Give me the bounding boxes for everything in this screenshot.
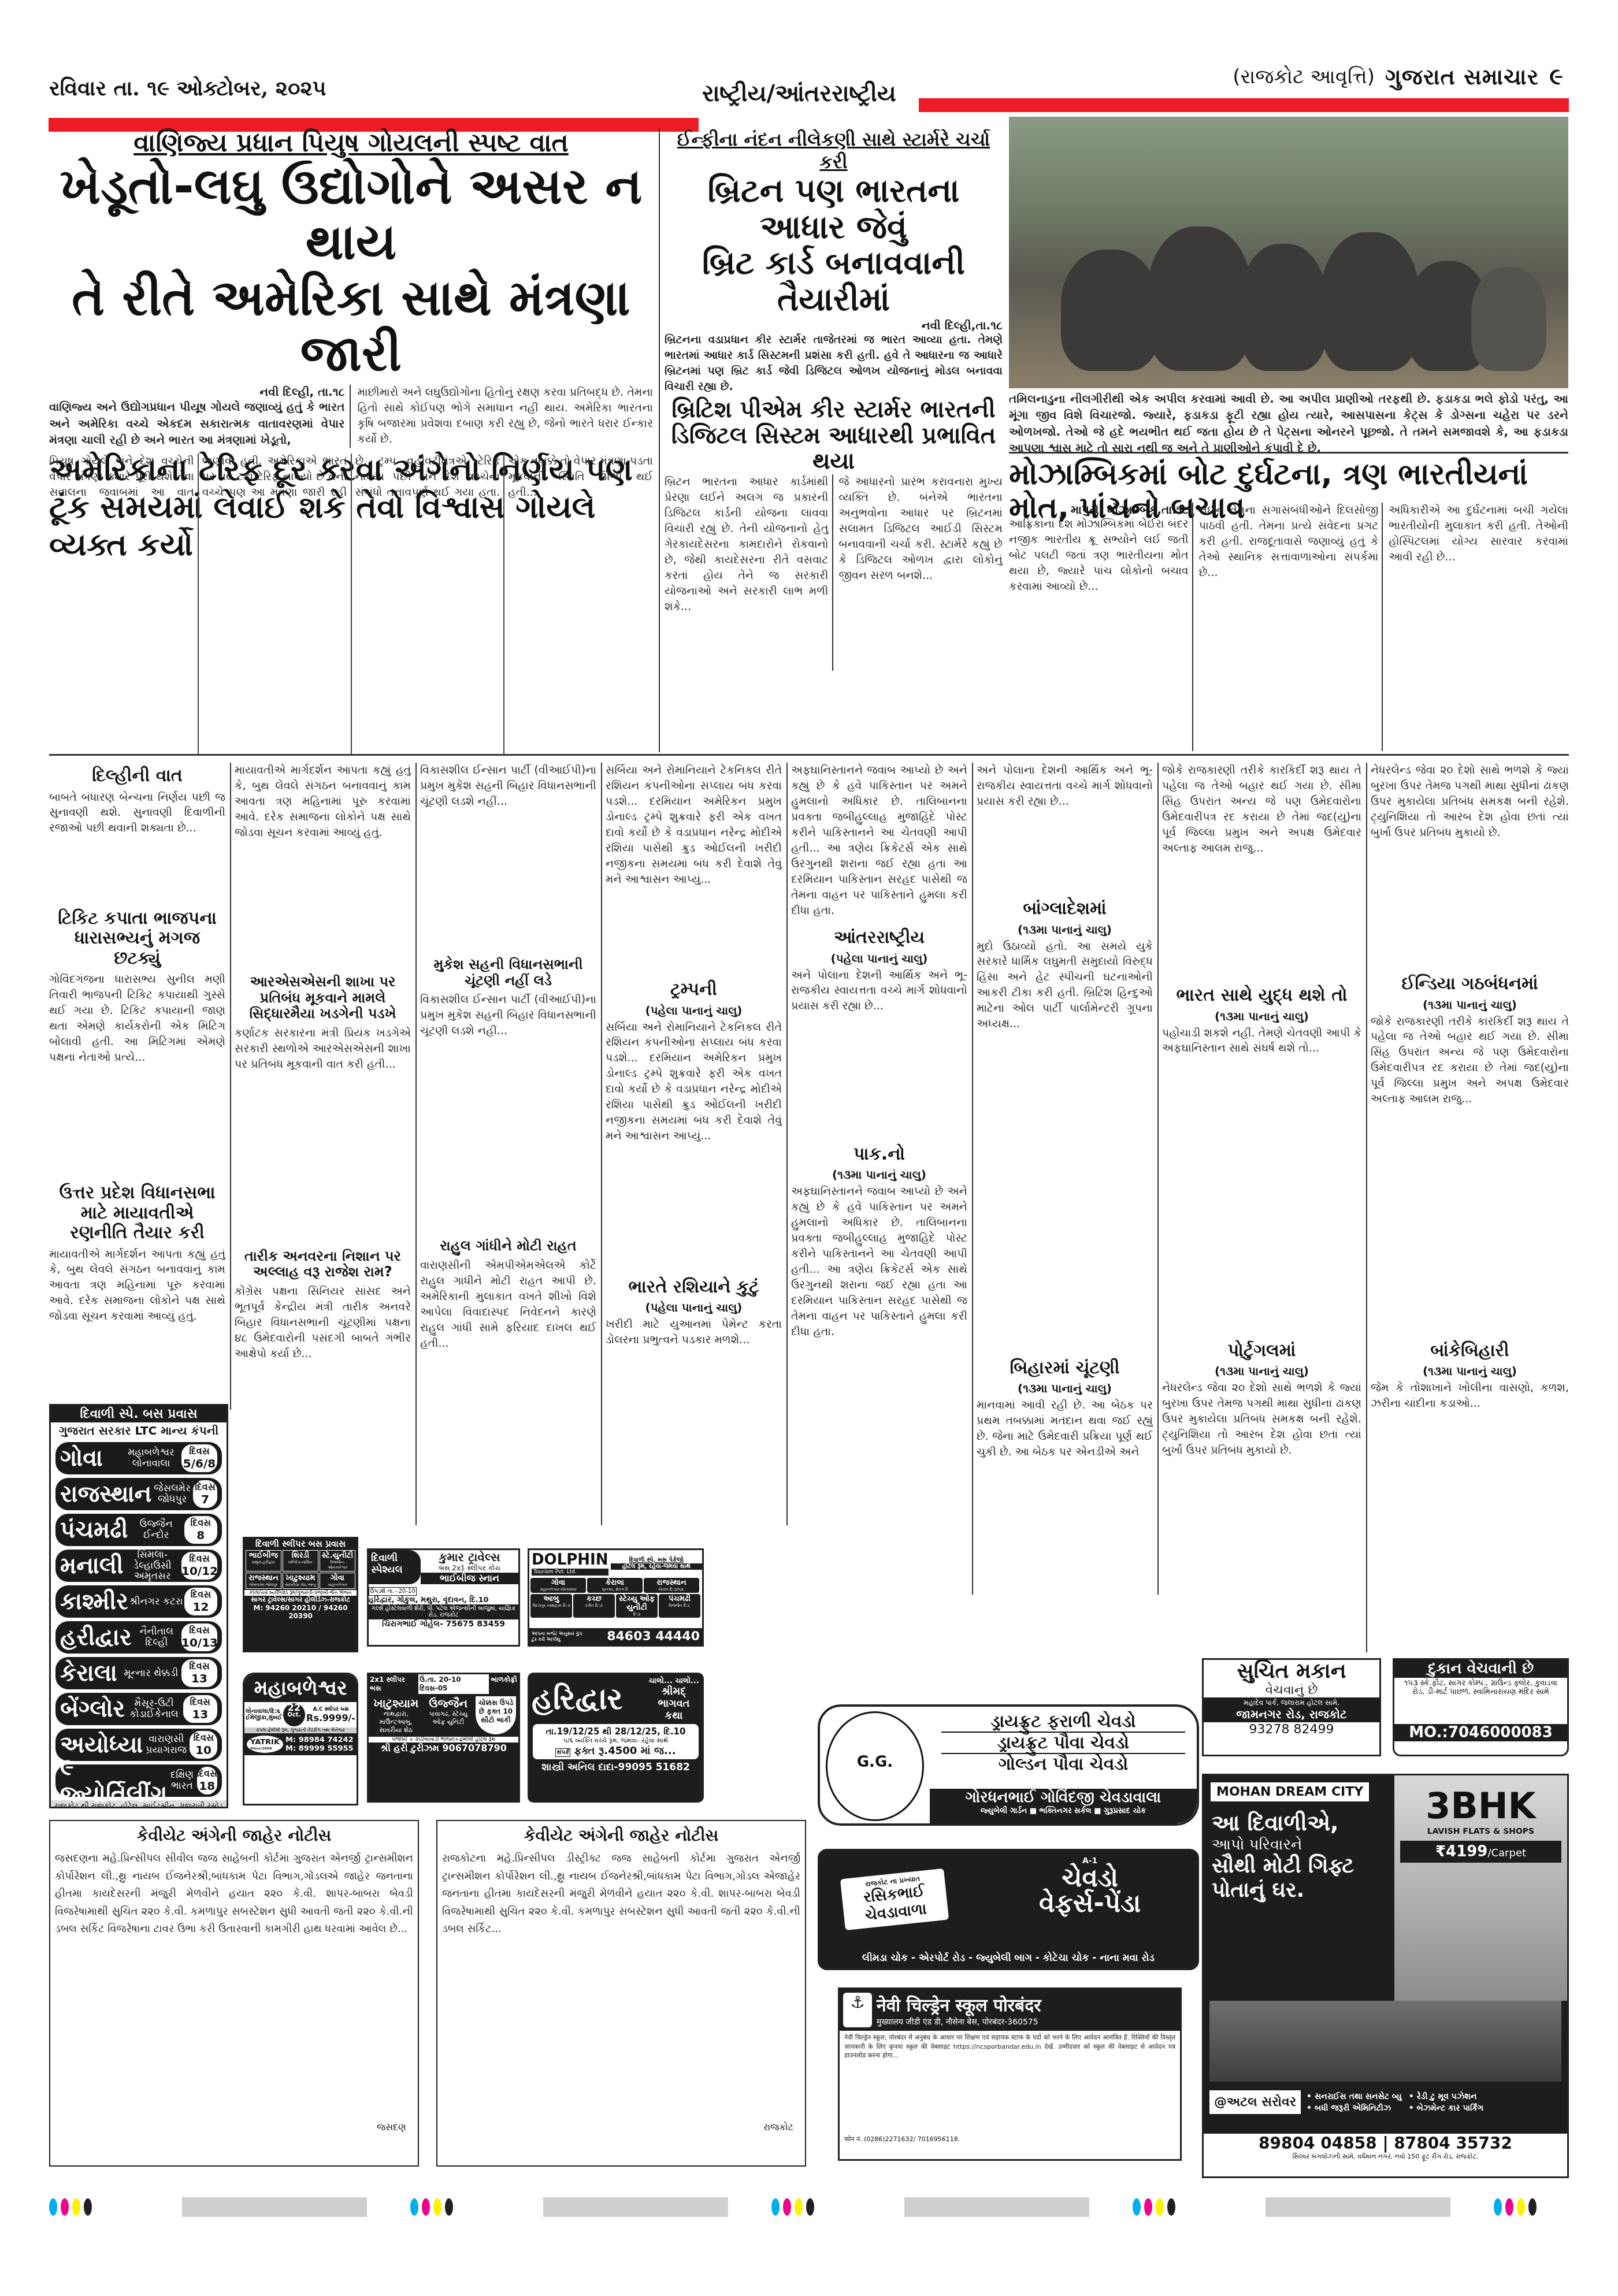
tour-row: ૯ જ્યોર્તિલીંગદક્ષિણ ભારતદિવસ18 bbox=[55, 1764, 222, 1797]
notice-body: नेवी चिल्ड्रेन स्कूल, पोरबंदर में अनुबंध… bbox=[840, 2031, 1180, 2135]
ad-title: દિવાળી સ્લીપર બસ પ્રવાસ bbox=[244, 1539, 357, 1549]
tour-tile: શિરડીશનિદેવ-નાસિક bbox=[283, 1550, 318, 1571]
ad-title: દુકાન વેચવાની છે bbox=[1394, 1660, 1567, 1678]
tour-list: ગોવામહાબળેશ્વર લોનાવાલાદિવસ5/6/8રાજસ્થાન… bbox=[51, 1442, 227, 1797]
tour-row: બેંગ્લોરમૈસૂર-ઉટી કોડાઈકેનાલદિવસ13 bbox=[55, 1693, 222, 1725]
registration-mark bbox=[49, 2198, 92, 2216]
uk-kicker: ઈન્ફીના નંદન નીલેકણી સાથે સ્ટાર્મરે ચર્ચ… bbox=[665, 128, 1003, 173]
ad-note: આપના બજેટ અનુસાર ગ્રુપ ટુર કરી આપીશું bbox=[532, 1631, 584, 1643]
contact-label: સંપર્ક bbox=[555, 1748, 570, 1757]
divider bbox=[49, 754, 1569, 756]
feature-item: • બેઝમેન્ટ કાર પાર્કિંગ bbox=[1409, 2104, 1504, 2113]
tour-row: કાશ્મીરશ્રીનગર કટરાદિવસ12 bbox=[55, 1585, 222, 1618]
caveat-notice-1: કેવીયેટ અંગેની જાહેર નોટીસ જસદણના મહે.પ્… bbox=[49, 1820, 419, 2167]
section-heading: બિહારમાં ચૂંટણી bbox=[977, 1358, 1153, 1379]
column-2: માયાવતીએ માર્ગદર્શન આપતા કહ્યું હતું કે,… bbox=[235, 763, 411, 1525]
anchor-icon: ⚓ bbox=[843, 1993, 872, 2027]
notice-body: જસદણના મહે.પ્રિન્સીપલ સીવીલ જજ સાહેબની ક… bbox=[50, 1850, 418, 2122]
product: ડ્રાયફ્રુટ પૌવા ચેવડો bbox=[941, 1733, 1185, 1754]
uk-subhead-1: બ્રિટિશ પીએમ કીર સ્ટાર્મર ભારતની bbox=[665, 397, 1003, 423]
section-heading: બાંકેબિહારી bbox=[1371, 1341, 1569, 1361]
section-body: અફઘાનિસ્તાનને જવાબ આપ્યો છે અને કહ્યું છ… bbox=[791, 1184, 967, 1340]
tour-days: દિવસ13 bbox=[183, 1695, 217, 1723]
column-divider bbox=[972, 763, 973, 1595]
tour-tile: ગોવામહાબળેશ્વર bbox=[320, 1573, 355, 1589]
dolphin-logo: DOLPHIN bbox=[532, 1551, 608, 1569]
departure-date: ઉપડશે તા.- 20-10 bbox=[369, 1587, 417, 1596]
tour-row: કેરાલામૂન્નાર થેક્કડીદિવસ13 bbox=[55, 1657, 222, 1689]
tour-tile: પંચમઢીઉજ્જૈન દિ:૮ bbox=[659, 1594, 700, 1618]
caveat-notice-2: કેવીયેટ અંગેની જાહેર નોટીસ રાજકોટના મહે.… bbox=[436, 1820, 806, 2167]
phone-number: 93278 82499 bbox=[1204, 1722, 1379, 1737]
building-photo bbox=[1209, 2001, 1561, 2082]
uk-intro: બ્રિટનના વડાપ્રધાન કીર સ્ટાર્મર તાજેતરમા… bbox=[665, 332, 1003, 395]
bus-type: 2x1 સ્લીપર બસ bbox=[369, 1674, 417, 1694]
school-name: नेवी चिल्ड्रेन स्कूल पोरबंदर bbox=[877, 1993, 1041, 2016]
ad-title: દિવાળી સ્પે. બસ પ્રવાસ bbox=[51, 1406, 227, 1422]
section-body: કોંગ્રેસ પક્ષના સિનિયર સાંસદ અને ભૂતપૂર્… bbox=[235, 1284, 411, 1362]
elephants-photo bbox=[1009, 117, 1568, 388]
headline: સૌથી મોટી ગિફ્ટ bbox=[1212, 1854, 1391, 1878]
column-divider bbox=[659, 128, 660, 752]
continued-label: (પહેલા પાનાનું ચાલુ) bbox=[791, 952, 967, 965]
tour-destination: કાશ્મીર bbox=[60, 1588, 128, 1615]
tour-via: શ્રીનગર કટરા bbox=[128, 1596, 184, 1607]
address: ગર્લ્સ હોસ્ટેલવાળી શેરી, પી. પટેલ એજન્સી… bbox=[369, 1604, 518, 1619]
tour-destination: પંચમઢી bbox=[60, 1517, 128, 1543]
uk-body-left: બ્રિટન ભારતના આધાર કાર્ડમાંથી પ્રેરણા લઈ… bbox=[665, 474, 833, 671]
tour-days: દિવસ10/12 bbox=[181, 1552, 217, 1580]
continued-label: (પહેલા પાનાનું ચાલુ) bbox=[606, 1004, 782, 1017]
tour-days: દિવસ7 bbox=[193, 1480, 217, 1508]
section-body: જોકે રાજકારણી તરીકે કારકિર્દી શરૂ થાય તે… bbox=[1162, 763, 1361, 982]
address: मुख्यालय जीडी एंड डी, नौसेना बेस, पोरबंद… bbox=[877, 2016, 1041, 2027]
section-body: નેધરલેન્ડ જેવા ૨૦ દેશો સાથે ભળશે કે જ્યા… bbox=[1371, 763, 1569, 971]
date-month: Oct. bbox=[283, 1712, 305, 1718]
product: ચેવડો bbox=[1039, 1866, 1141, 1891]
branches: જ્યુબેલી ગાર્ડન ■ ભક્તિનગર સર્કલ ■ ગુરૂપ… bbox=[930, 1807, 1197, 1815]
phone-number: फोन नं. (0286)2271632/ 7016956118. bbox=[840, 2135, 1180, 2143]
notice-title: કેવીયેટ અંગેની જાહેર નોટીસ bbox=[437, 1826, 805, 1845]
badge: દિવાળી સ્પેશ્યલ bbox=[369, 1550, 421, 1584]
contact: શાસ્ત્રી અનિલ દાદા-99095 51682 bbox=[529, 1762, 702, 1773]
section-body: કર્ણાટક સરકારના મંત્રી પ્રિયંક ખડગેએ સરક… bbox=[235, 1026, 411, 1245]
tour-days: દિવસ8 bbox=[184, 1516, 217, 1544]
tour-days: દિવસ12 bbox=[184, 1588, 217, 1615]
ad-title: હરિદ્વાર bbox=[532, 1682, 648, 1717]
mohan-dream-city-ad: MOHAN DREAM CITY આ દિવાળીએ, આપો પરિવારને… bbox=[1202, 1774, 1569, 2178]
headline: પોતાનું ઘર. bbox=[1212, 1878, 1391, 1903]
column-6: અને પોલાના દેશની આર્થિક અને ભૂ-રાજકીય સ્… bbox=[977, 763, 1153, 1595]
gray-bar bbox=[182, 2197, 367, 2217]
column-4: સર્બિયા અને રોમાનિયાને ટેકનિકલ રીતે રશિય… bbox=[606, 763, 782, 1525]
divider bbox=[1009, 452, 1568, 454]
uk-story: ઈન્ફીના નંદન નીલેકણી સાથે સ્ટાર્મરે ચર્ચ… bbox=[665, 128, 1003, 671]
section-heading: પાક.નો bbox=[791, 1145, 967, 1165]
column-1: દિલ્હીની વાત બાબતે બંધારણ બેન્ચના નિર્ણય… bbox=[49, 763, 225, 1410]
price: ફક્ત રૂ.4500 માં જ... bbox=[574, 1745, 676, 1757]
company-name: ગોરધનભાઈ ગોવિંદજી ચેવડાવાલા bbox=[930, 1789, 1197, 1807]
header-red-bar-right bbox=[919, 98, 1569, 112]
tour-row: પંચમઢીઉજ્જૈન ઈન્દોરદિવસ8 bbox=[55, 1514, 222, 1546]
suchit-makan-ad: સુચિત મકાન વેચવાનું છે મહાદેવ પાર્ક, જલા… bbox=[1202, 1658, 1381, 1756]
tour-row: ગોવામહાબળેશ્વર લોનાવાલાદિવસ5/6/8 bbox=[55, 1442, 222, 1474]
tour-tile: કેરાલામુન્નાર, થેકકડી bbox=[587, 1578, 643, 1593]
column-7: જોકે રાજકારણી તરીકે કારકિર્દી શરૂ થાય તે… bbox=[1162, 763, 1361, 1652]
section-body: ગોવિંદગંજના ધારાસભ્ય સુનીલ મણી તિવારી ભા… bbox=[49, 972, 225, 1180]
tour-tile: સ્ટે.યુનીટીઉજ્જૈન-ઓમકારેશ્વર bbox=[320, 1550, 355, 1571]
uk-headline-2: બ્રિટ કાર્ડ બનાવવાની તૈયારીમાં bbox=[665, 246, 1003, 318]
section-heading: બાંગ્લાદેશમાં bbox=[977, 899, 1153, 919]
tour-days: દિવસ18 bbox=[197, 1767, 218, 1795]
tour-row: હરીદ્વારનૈનીતાલ દિલ્હીદિવસ10/13 bbox=[55, 1621, 222, 1654]
bus-type: A.C સ્લીપર બસ bbox=[306, 1707, 355, 1712]
tour-row: મનાલીસિમલા-ડેલ્હાઉસી અમૃતસરદિવસ10/12 bbox=[55, 1550, 222, 1582]
section-body: માયાવતીએ માર્ગદર્શન આપતા કહ્યું હતું કે,… bbox=[49, 1247, 225, 1325]
feature-item: • બધી જરૂરી એમિનિટીઝ bbox=[1307, 2104, 1402, 2113]
column-3: વિકાસશીલ ઈન્સાન પાર્ટી (વીઆઈપી)ના પ્રમુખ… bbox=[420, 763, 596, 1525]
branches: લીમડા ચોક - એરપોર્ટ રોડ - જ્યુબેલી બાગ -… bbox=[819, 1952, 1197, 1964]
navy-children-school-ad: ⚓ नेवी चिल्ड्रेन स्कूल पोरबंदर मुख्यालय … bbox=[838, 1987, 1182, 2161]
section-body: વિકાસશીલ ઈન્સાન પાર્ટી (વીઆઈપી)ના પ્રમુખ… bbox=[420, 992, 596, 1235]
column-divider bbox=[1157, 763, 1159, 1595]
section-heading: દિલ્હીની વાત bbox=[49, 766, 225, 786]
tour-days: દિવસ13 bbox=[181, 1659, 217, 1687]
tour-days: દિવસ10 bbox=[190, 1731, 217, 1759]
ad-subtitle: ગુજરાત સરકાર LTC માન્ય કંપની bbox=[51, 1422, 227, 1439]
lead-intro-left: વાણિજ્ય અને ઉદ્યોગપ્રધાન પીયૂષ ગોયલે જણા… bbox=[49, 399, 345, 448]
uk-headline-1: બ્રિટન પણ ભારતના આધાર જેવું bbox=[665, 173, 1003, 246]
since-label: Since:2008 bbox=[250, 1747, 280, 1751]
brand-sub: Tourism Pvt. Ltd. bbox=[532, 1569, 608, 1576]
company-name: સાગર ટ્રાવેલ્સ/સાગર હોલીડેઝ-રાજકોટ bbox=[244, 1596, 357, 1604]
tour-tile: રાજસ્થાનરોયલ દિ:૩/૫/૮ bbox=[644, 1578, 699, 1593]
section-body: નેધરલેન્ડ જેવા ૨૦ દેશો સાથે ભળશે કે જ્યા… bbox=[1162, 1380, 1361, 1458]
destination-sub: પાવાગઢ, સ્ટેચ્યુ ઓફ યુનિટી bbox=[424, 1710, 474, 1726]
section-title: રાષ્ટ્રીય/આંતરરાષ્ટ્રીય bbox=[702, 80, 896, 107]
registration-mark bbox=[410, 2198, 453, 2216]
section-body: પહોંચાડી શકશે નહીં. તેમણે ચેતવણી આપી કે … bbox=[1162, 1026, 1361, 1338]
masthead-right: (રાજકોટ આવૃત્તિ) ગુજરાત સમાચાર ૯ bbox=[1233, 64, 1563, 90]
bus-type: બસ 2x1 સ્લીપર કોચ bbox=[421, 1564, 518, 1573]
shree-hari-tourism-ad: 2x1 સ્લીપર બસ ઉ.તા. 20-10 દિવસ-05 બાળકોફ… bbox=[367, 1673, 520, 1803]
seats-left: ચોક્કસ ઉપડે છે ફક્ત 10 સીટો બાકી bbox=[476, 1696, 516, 1734]
date-number: 22 bbox=[283, 1703, 305, 1712]
tour-tile: રાજસ્થાનજેસલમેર-જોધપુર bbox=[246, 1573, 281, 1589]
registration-mark bbox=[1494, 2198, 1537, 2216]
lead-kicker: વાણિજ્ય પ્રધાન પિયુષ ગોયલની સ્પષ્ટ વાત bbox=[49, 128, 653, 158]
tour-tile: ખાટુશ્યામસાંવરીયા શેઠ,આબુ bbox=[283, 1573, 318, 1589]
column-divider bbox=[415, 763, 417, 1525]
feature-item: • સનરાઈસ તથા સનસેટ વ્યુ bbox=[1307, 2092, 1402, 2101]
ad-title: મહાબળેશ્વર bbox=[244, 1674, 357, 1702]
continued-label: (૧૩મા પાનાનું ચાલુ) bbox=[791, 1168, 967, 1182]
kumar-travels-ad: દિવાળી સ્પેશ્યલ કુમાર ટ્રાવેલ્સ બસ 2x1 સ… bbox=[367, 1548, 520, 1647]
section-heading: ઈન્ડિયા ગઠબંધનમાં bbox=[1371, 974, 1569, 994]
contact: શ્રી હરી ટુરીઝમ 9067078790 bbox=[369, 1743, 518, 1754]
mozambique-col-1: આફ્રિકાના દેશ મોઝામ્બિકમાં બેઈરા બંદર નજ… bbox=[1009, 517, 1189, 595]
gray-bar bbox=[543, 2197, 728, 2217]
phone-number: MO.:7046000083 bbox=[1394, 1724, 1567, 1741]
destination: ખાટુશ્યામ bbox=[371, 1696, 421, 1710]
address: મહાદેવ પાર્ક, જલારામ હોટલ સામે, bbox=[1205, 1699, 1378, 1707]
tour-tile: આબુઉદયપુર નાથદ્વારા દિ:૩ bbox=[530, 1594, 572, 1618]
feature-list: • સનરાઈસ તથા સનસેટ વ્યુ• રેડી ટુ મૂવ પઝે… bbox=[1307, 2092, 1504, 2113]
phone-number: M: 89999 55955 bbox=[285, 1744, 354, 1753]
mozambique-dateline: માપુટો, મોઝામ્બિક,તા.૧૮ bbox=[1009, 503, 1189, 517]
section-body: વારાણસીની એમપીએમએલએ કોર્ટે રાહુલ ગાંધીને… bbox=[420, 1258, 596, 1351]
price: ₹4199 bbox=[1435, 1843, 1487, 1860]
tour-tile: ગોવામહાબળેશ્વર-લોનાવાલા bbox=[530, 1578, 586, 1593]
section-heading: ટિકિટ કપાતા ભાજપના ધારાસભ્યનું મગજ છટક્ય… bbox=[49, 909, 225, 969]
ad-note: કપલ/ચાર વ્યક્તિદિઠ રૂમ/ગુજરાતી-પંજાબી-જૈ… bbox=[244, 1590, 357, 1596]
dolphin-tiles: ગોવામહાબળેશ્વર-લોનાવાલાકેરાલામુન્નાર, થે… bbox=[529, 1577, 702, 1619]
notice-body: રાજકોટના મહે.પ્રિન્સીપલ ડીસ્ટ્રીક્ટ જજ સ… bbox=[437, 1850, 805, 2122]
column-8: નેધરલેન્ડ જેવા ૨૦ દેશો સાથે ભળશે કે જ્યા… bbox=[1371, 763, 1569, 1652]
tour-destination: મનાલી bbox=[60, 1552, 124, 1579]
section-heading: પોર્ટુગલમાં bbox=[1162, 1341, 1361, 1361]
flat-type: 3BHK bbox=[1394, 1785, 1567, 1827]
tour-destination: કેરાલા bbox=[60, 1660, 121, 1686]
continued-label: (૧૩મા પાનાનું ચાલુ) bbox=[977, 923, 1153, 937]
lead: ચાલો... ચાલો... bbox=[648, 1677, 700, 1685]
section-body: માનવામાં આવી રહી છે. આ બેઠક પર પ્રથમ તબક… bbox=[977, 1398, 1153, 1460]
event: શ્રીમદ્ ભાગવત કથા bbox=[648, 1685, 700, 1722]
destination: ઉજ્જૈન bbox=[424, 1696, 474, 1710]
section-heading: મુકેશ સહની વિધાનસભાની ચૂંટણી નહીં લડે bbox=[420, 957, 596, 989]
address: જામનગર રોડ, રાજકોટ bbox=[1205, 1707, 1378, 1721]
phone-number: M: 98984 74242 bbox=[285, 1736, 354, 1744]
tour-days: દિવસ10/13 bbox=[181, 1623, 217, 1651]
yatrik-logo: YATRIK bbox=[250, 1738, 280, 1747]
section-heading: ભારતે રશિયાને કુટું bbox=[606, 1277, 782, 1298]
price: Rs.9999/- bbox=[306, 1712, 355, 1723]
notice-signature: જસદણ bbox=[50, 2122, 418, 2133]
tagline: હોટેલ રૂમ, રહેવા-જમવા સાથે bbox=[611, 1563, 702, 1570]
section-heading: ભારત સાથે યુદ્ધ થશે તો bbox=[1162, 986, 1361, 1006]
continued-label: (૧૩મા પાનાનું ચાલુ) bbox=[1162, 1364, 1361, 1378]
column-divider bbox=[786, 763, 788, 1525]
uk-dateline: નવી દિલ્હી,તા.૧૮ bbox=[665, 318, 1003, 332]
gray-bar bbox=[904, 2197, 1089, 2217]
tour-via: મૈસૂર-ઉટી કોડાઈકેનાલ bbox=[125, 1698, 183, 1719]
yatrik-mahabaleshwar-ad: મહાબળેશ્વર લોનાવાલા/દિ:૬ ઈમેજીકા,મુંબઈ 2… bbox=[243, 1673, 358, 1805]
location: @અટલ સરોવર bbox=[1209, 2090, 1301, 2114]
column-divider bbox=[1366, 763, 1367, 1652]
lead-headline-1: ખેડૂતો-લઘુ ઉદ્યોગોને અસર ન થાય bbox=[49, 159, 653, 270]
tour-destination: ૯ જ્યોર્તિલીંગ bbox=[60, 1754, 167, 1807]
feature-item: • રેડી ટુ મૂવ પઝેશન bbox=[1409, 2092, 1504, 2101]
company-name: કુમાર ટ્રાવેલ્સ bbox=[421, 1550, 518, 1564]
contact: ચિરાગભાઈ ગોહેલ- 75675 83459 bbox=[369, 1619, 518, 1629]
gordhanbhai-chevdawala-ad: G.G. ડ્રાયફ્રુટ ફરાળી ચેવડો ડ્રાયફ્રુટ પ… bbox=[818, 1704, 1199, 1826]
tour-tile: ભાઈબીજમથુરા-હરીદ્વાર bbox=[246, 1550, 281, 1571]
section-heading: ટ્રમ્પની bbox=[606, 980, 782, 1000]
price-unit: /Carpet bbox=[1487, 1847, 1526, 1859]
tagline: દિવાળી સ્પે. બસ પેકેજો bbox=[611, 1557, 702, 1563]
tour-via: વારાણસી પ્રયાગરાજ bbox=[143, 1734, 190, 1755]
uk-subhead-2: ડિજિટલ સિસ્ટમ આધારથી પ્રભાવિત થયા bbox=[665, 423, 1003, 475]
mozambique-body: માપુટો, મોઝામ્બિક,તા.૧૮ આફ્રિકાના દેશ મો… bbox=[1009, 503, 1568, 751]
phone-number: 84603 44440 bbox=[607, 1629, 700, 1644]
section-body: સર્બિયા અને રોમાનિયાને ટેકનિકલ રીતે રશિય… bbox=[606, 763, 782, 976]
section-heading: આરએસએસની શાખા પર પ્રતિબંધ મૂકવાને મામલે … bbox=[235, 974, 411, 1022]
continued-label: (૧૩મા પાનાનું ચાલુ) bbox=[1371, 1364, 1569, 1378]
tour-tile: કચ્છદર્શન દિ:૩ bbox=[573, 1594, 615, 1618]
flat-type-sub: LAVISH FLATS & SHOPS bbox=[1394, 1827, 1567, 1836]
section-body: જેમ કે તોશાખાને ખોલીના વાસણો, કળશ, ઝરીના… bbox=[1371, 1380, 1569, 1411]
rasikbhai-chevdawala-ad: રાજકોટ ના પ્રખ્યાત રસિકભાઈ ચેવડાવાળા A-1… bbox=[818, 1849, 1199, 1970]
notice-title: કેવીયેટ અંગેની જાહેર નોટીસ bbox=[50, 1826, 418, 1845]
column-5: અફઘાનિસ્તાનને જવાબ આપ્યો છે અને કહ્યું છ… bbox=[791, 763, 967, 1595]
ad-note: કપલ-ફેમીલી રૂમ, ગુજરાતી કેટરીંગ તથા મેને… bbox=[244, 1727, 357, 1733]
gray-bar bbox=[1266, 2197, 1450, 2217]
shop-details: ૧૫૩ સ્કે.ફીટ, સાગર કોમ્પ., ગ્રાઉન્ડ ફ્લો… bbox=[1394, 1678, 1567, 1724]
tour-row: રાજસ્થાનજેસલમેર જોધપુરદિવસ7 bbox=[55, 1478, 222, 1510]
tour-via: દક્ષિણ ભારત bbox=[167, 1770, 196, 1791]
product: ડ્રાયફ્રુટ ફરાળી ચેવડો bbox=[941, 1711, 1185, 1733]
notice-signature: રાજકોટ bbox=[437, 2122, 805, 2133]
departure-date: ઉ.તા. 20-10 દિવસ-05 bbox=[418, 1674, 489, 1694]
column-divider bbox=[601, 763, 602, 1525]
sagar-travels-ad: દિવાળી સ્લીપર બસ પ્રવાસ ભાઈબીજમથુરા-હરીદ… bbox=[243, 1537, 358, 1652]
section-heading: ઉત્તર પ્રદેશ વિધાનસભા માટે માયાવતીએ રણની… bbox=[49, 1183, 225, 1243]
brand: MOHAN DREAM CITY bbox=[1211, 1782, 1369, 1801]
registration-mark bbox=[1133, 2198, 1175, 2216]
section-body: માયાવતીએ માર્ગદર્શન આપતા કહ્યું હતું કે,… bbox=[235, 763, 411, 971]
column-divider bbox=[230, 763, 231, 1410]
lead-intro-right: માછીમારો અને લઘુઉદ્યોગોના હિતોનું રક્ષણ … bbox=[358, 385, 654, 448]
continued-label: (પહેલા પાનાનું ચાલુ) bbox=[606, 1301, 782, 1314]
tour-destination: બેંગ્લોર bbox=[60, 1696, 125, 1722]
registration-mark bbox=[771, 2198, 814, 2216]
tour-via: ઉજ્જૈન ઈન્દોર bbox=[128, 1519, 184, 1540]
dates: તા.19/12/25 થી 28/12/25, દિ.10 bbox=[535, 1726, 696, 1737]
route: હરિદ્વાર, ગોકુલ, મથુરા, વૃંદાવન, દિ.10 bbox=[369, 1596, 518, 1604]
continued-label: (૧૩મા પાનાનું ચાલુ) bbox=[1371, 998, 1569, 1012]
kesavi-tours-ad: દિવાળી સ્પે. બસ પ્રવાસ ગુજરાત સરકાર LTC … bbox=[49, 1404, 228, 1808]
page-number: ૯ bbox=[1549, 64, 1563, 90]
newspaper-brand: ગુજરાત સમાચાર bbox=[1385, 64, 1539, 90]
section-body: ખરીદી માટે યુઆનમાં પેમેન્ટ કરતા ડોલરના પ… bbox=[606, 1317, 782, 1348]
ad-subtitle: વેચવાનું છે bbox=[1204, 1683, 1379, 1697]
product: વેફર્સ-પેંડા bbox=[1039, 1891, 1141, 1916]
shop-for-sale-ad: દુકાન વેચવાની છે ૧૫૩ સ્કે.ફીટ, સાગર કોમ્… bbox=[1393, 1658, 1569, 1756]
section-heading: તારીક અનવરના નિશાન પર અલ્લાહ વરૂ રાજેશ ર… bbox=[235, 1249, 411, 1280]
continued-label: (૧૩મા પાનાનું ચાલુ) bbox=[1162, 1009, 1361, 1023]
lead-body: પિયૂષ ગોયલે બંને દેશ વચ્ચેની વેપાર મંત્ર… bbox=[49, 454, 653, 754]
section-body: અને પોલાના દેશની આર્થિક અને ભૂ-રાજકીય સ્… bbox=[791, 968, 967, 1141]
product: ગોલ્ડન પૌવા ચેવડો bbox=[941, 1754, 1185, 1774]
tag: બાળકોફ્રી bbox=[490, 1674, 518, 1694]
destination-sub: નાથદ્વારા, માઉન્ટઆબુ, સાવરીયા શેઠ bbox=[371, 1710, 421, 1734]
haridwar-katha-ad: હરિદ્વાર ચાલો... ચાલો... શ્રીમદ્ ભાગવત ક… bbox=[528, 1673, 704, 1803]
section-body: અફઘાનિસ્તાનને જવાબ આપ્યો છે અને કહ્યું છ… bbox=[791, 763, 967, 924]
tour-via: મહાબળેશ્વર લોનાવાલા bbox=[121, 1447, 181, 1469]
headline: આપો પરિવારને bbox=[1212, 1836, 1391, 1854]
route: લોનાવાલા/દિ:૬ ઈમેજીકા,મુંબઈ bbox=[246, 1708, 282, 1721]
section-body: વિકાસશીલ ઈન્સાન પાર્ટી (વીઆઈપી)ના પ્રમુખ… bbox=[420, 763, 596, 953]
page-date: રવિવાર તા. ૧૯ ઓક્ટોબર, ૨૦૨૫ bbox=[49, 76, 326, 101]
tour-destination: ગોવા bbox=[60, 1445, 121, 1472]
tour-destination: રાજસ્થાન bbox=[60, 1481, 151, 1507]
continued-label: (૧૩મા પાનાનું ચાલુ) bbox=[977, 1381, 1153, 1395]
tour-via: સિમલા-ડેલ્હાઉસી અમૃતસર bbox=[124, 1550, 181, 1582]
section-body: મુદો ઉઠાવ્યો હતો. આ સમયે યુકે સરકારે ધાર… bbox=[977, 939, 1153, 1355]
dolphin-tourism-ad: DOLPHIN Tourism Pvt. Ltd. દિવાળી સ્પે. બ… bbox=[528, 1548, 704, 1647]
ad-note: રાજકોટ થી રાજકોટ, હોટેલ, સાઈટસીન, ગુજરાત… bbox=[51, 1800, 227, 1808]
phone-number: M: 94260 20210 / 94260 20390 bbox=[244, 1604, 357, 1620]
headline: આ દિવાળીએ, bbox=[1212, 1810, 1391, 1836]
tour-days: દિવસ5/6/8 bbox=[181, 1444, 217, 1472]
mozambique-col-2: લઈને તેમના સગાસંબંધીઓને દિલસોજી પાઠવી હત… bbox=[1199, 503, 1383, 751]
phone-number: 89804 04858 | 87804 35732 bbox=[1204, 2134, 1567, 2153]
tour-destination: હરીદ્વાર bbox=[60, 1624, 132, 1651]
uk-body-right: જે આધારનો પ્રારંભ કરાવનારા મુખ્ય વ્યક્તિ… bbox=[839, 474, 1003, 671]
section-heading: આંતરરાષ્ટ્રીય bbox=[791, 928, 967, 948]
photo-caption: તમિલનાડુના નીલગીરીથી એક અપીલ કરવામાં આવી… bbox=[1009, 391, 1568, 456]
lead-headline-2: તે રીતે અમેરિકા સાથે મંત્રણા જારી bbox=[49, 270, 653, 382]
section-body: અને પોલાના દેશની આર્થિક અને ભૂ-રાજકીય સ્… bbox=[977, 763, 1153, 896]
edition-label: (રાજકોટ આવૃત્તિ) bbox=[1233, 65, 1375, 88]
room-info: ૫/૬ વ્યક્તિ વચ્ચે રૂમ, જમવા- રહેવા સાથે bbox=[535, 1737, 696, 1745]
tour-via: મૂન્નાર થેક્કડી bbox=[121, 1668, 181, 1679]
trip-name: ભાઈબીજ સ્નાન bbox=[421, 1573, 518, 1584]
lead-dateline: નવી દિલ્હી, તા.૧૮ bbox=[49, 385, 345, 399]
section-heading: રાહુલ ગાંધીને મોટી રાહત bbox=[420, 1238, 596, 1254]
food-note: પંજાબી + કાઠીયાવાડી ભોજન+ફેમીલી હોટલ રૂમ bbox=[369, 1737, 518, 1743]
section-body: સર્બિયા અને રોમાનિયાને ટેકનિકલ રીતે રશિય… bbox=[606, 1020, 782, 1274]
sagar-tiles: ભાઈબીજમથુરા-હરીદ્વારશિરડીશનિદેવ-નાસિકસ્ટ… bbox=[244, 1549, 357, 1590]
address: સિલ્વર બંગલોઝની સામે, વર્ધમાન નગર, નવો 1… bbox=[1204, 2153, 1567, 2161]
tour-tile: સ્ટેચ્યુ ઓફ યુનીટીદિ:૩ bbox=[616, 1594, 658, 1618]
section-body: બાબતે બંધારણ બેન્ચના નિર્ણય પછી જ સુનાવણ… bbox=[49, 790, 225, 905]
ad-title: સુચિત મકાન bbox=[1204, 1660, 1379, 1683]
tour-via: જેસલમેર જોધપુર bbox=[151, 1483, 192, 1504]
mozambique-col-3: અધિકારીએ આ દુર્ઘટનામાં બચી ગયેલા ભારતીયો… bbox=[1389, 503, 1568, 751]
gordhanbhai-logo: G.G. bbox=[826, 1711, 924, 1821]
section-body: જોકે રાજકારણી તરીકે કારકિર્દી શરૂ થાય તે… bbox=[1371, 1014, 1569, 1338]
tour-via: નૈનીતાલ દિલ્હી bbox=[132, 1626, 181, 1648]
